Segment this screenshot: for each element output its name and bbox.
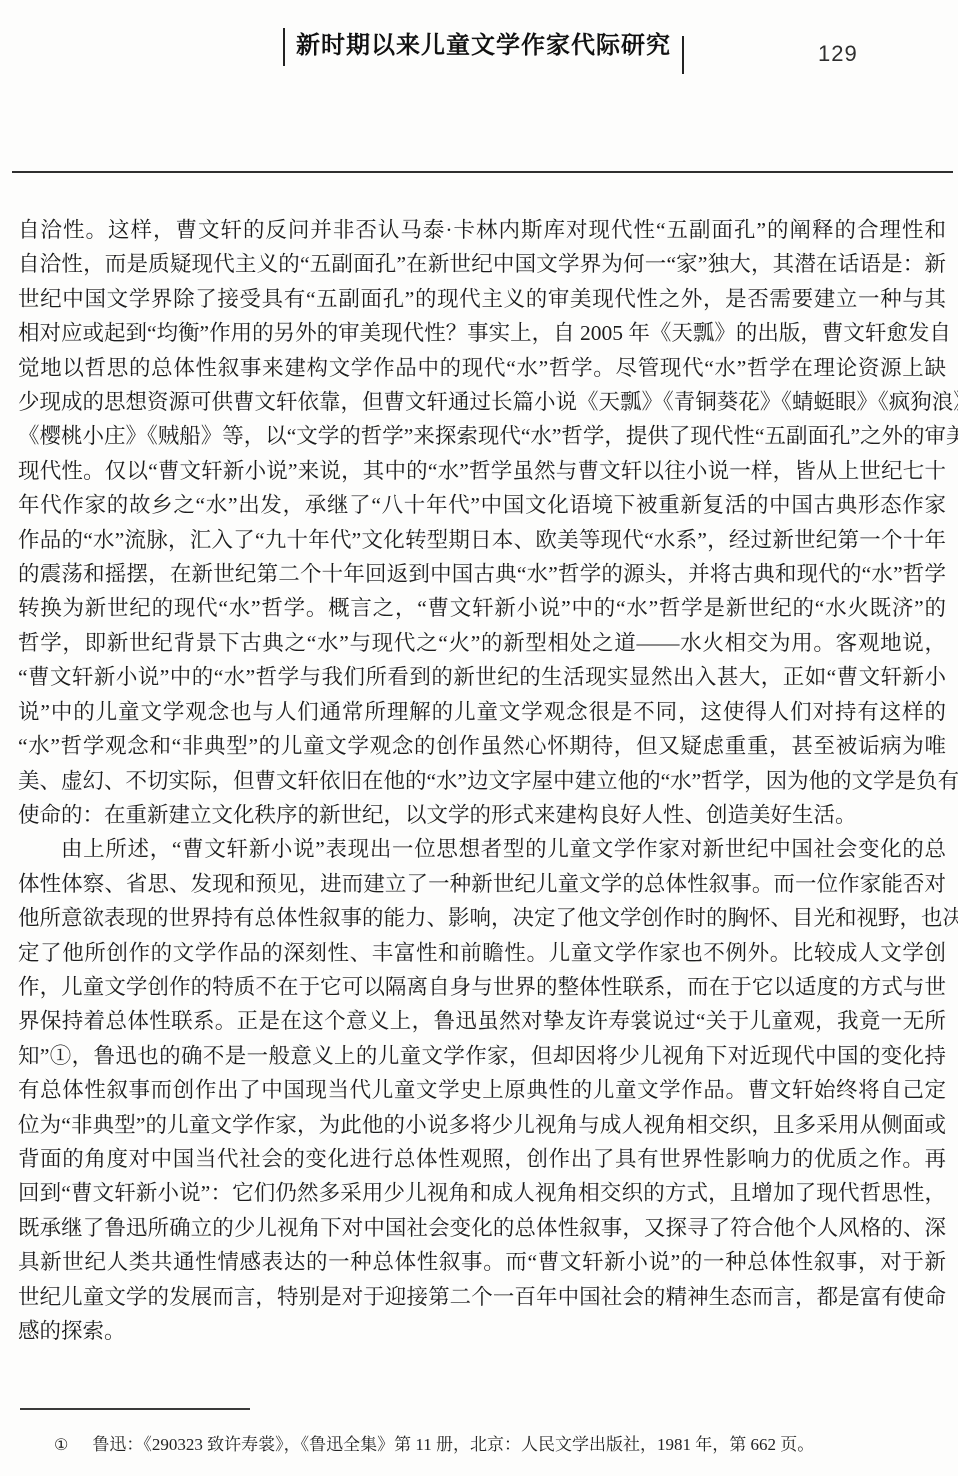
text-line: 自洽性。这样，曹文轩的反问并非否认马泰·卡林内斯库对现代性“五副面孔”的阐释的合…: [18, 213, 946, 247]
text-line: 年代作家的故乡之“水”出发，承继了“八十年代”中国文化语境下被重新复活的中国古典…: [18, 488, 946, 522]
text-line: 世纪中国文学界除了接受具有“五副面孔”的现代主义的审美现代性之外，是否需要建立一…: [18, 282, 946, 316]
text-line: 相对应或起到“均衡”作用的另外的审美现代性？事实上，自 2005 年《天瓢》的出…: [18, 316, 946, 350]
text-line: “水”哲学观念和“非典型”的儿童文学观念的创作虽然心怀期待，但又疑虑重重，甚至被…: [18, 729, 946, 763]
text-line: 自洽性，而是质疑现代主义的“五副面孔”在新世纪中国文学界为何一“家”独大，其潜在…: [18, 247, 946, 281]
text-line: 他所意欲表现的世界持有总体性叙事的能力、影响，决定了他文学创作时的胸怀、目光和视…: [18, 901, 946, 935]
text-line: 少现成的思想资源可供曹文轩依靠，但曹文轩通过长篇小说《天瓢》《青铜葵花》《蜻蜓眼…: [18, 385, 946, 419]
text-line: 作品的“水”流脉，汇入了“九十年代”文化转型期日本、欧美等现代“水系”，经过新世…: [18, 523, 946, 557]
paragraph-1: 自洽性。这样，曹文轩的反问并非否认马泰·卡林内斯库对现代性“五副面孔”的阐释的合…: [18, 213, 946, 832]
title-right-bar: [682, 36, 684, 74]
text-line: “曹文轩新小说”中的“水”哲学与我们所看到的新世纪的生活现实显然出入甚大，正如“…: [18, 660, 946, 694]
article-title: 新时期以来儿童文学作家代际研究: [285, 28, 682, 64]
text-line: 感的探索。: [18, 1314, 946, 1348]
text-line: 体性体察、省思、发现和预见，进而建立了一种新世纪儿童文学的总体性叙事。而一位作家…: [18, 867, 946, 901]
text-line: 有总体性叙事而创作出了中国现当代儿童文学史上原典性的儿童文学作品。曹文轩始终将自…: [18, 1073, 946, 1107]
text-line: 界保持着总体性联系。正是在这个意义上，鲁迅虽然对挚友许寿裳说过“关于儿童观，我竟…: [18, 1004, 946, 1038]
footnote-marker: ①: [54, 1433, 68, 1459]
text-line: 转换为新世纪的现代“水”哲学。概言之，“曹文轩新小说”中的“水”哲学是新世纪的“…: [18, 591, 946, 625]
text-line: 回到“曹文轩新小说”：它们仍然多采用少儿视角和成人视角相交织的方式，且增加了现代…: [18, 1176, 946, 1210]
running-head: 新时期以来儿童文学作家代际研究 129: [0, 28, 958, 78]
running-head-title-group: 新时期以来儿童文学作家代际研究: [283, 28, 684, 74]
text-line: 觉地以哲思的总体性叙事来建构文学作品中的现代“水”哲学。尽管现代“水”哲学在理论…: [18, 351, 946, 385]
text-line: 作，儿童文学创作的特质不在于它可以隔离自身与世界的整体性联系，而在于它以适度的方…: [18, 970, 946, 1004]
text-line: 世纪儿童文学的发展而言，特别是对于迎接第二个一百年中国社会的精神生态而言，都是富…: [18, 1280, 946, 1314]
text-line: 定了他所创作的文学作品的深刻性、丰富性和前瞻性。儿童文学作家也不例外。比较成人文…: [18, 936, 946, 970]
text-line: 具新世纪人类共通性情感表达的一种总体性叙事。而“曹文轩新小说”的一种总体性叙事，…: [18, 1245, 946, 1279]
article-body: 自洽性。这样，曹文轩的反问并非否认马泰·卡林内斯库对现代性“五副面孔”的阐释的合…: [18, 213, 946, 1348]
footnote: ① 鲁迅：《290323 致许寿裳》，《鲁迅全集》第 11 册，北京：人民文学出…: [54, 1432, 934, 1459]
text-line: 由上所述，“曹文轩新小说”表现出一位思想者型的儿童文学作家对新世纪中国社会变化的…: [18, 832, 946, 866]
text-line: 现代性。仅以“曹文轩新小说”来说，其中的“水”哲学虽然与曹文轩以往小说一样，皆从…: [18, 454, 946, 488]
text-line: 使命的：在重新建立文化秩序的新世纪，以文学的形式来建构良好人性、创造美好生活。: [18, 798, 946, 832]
text-line: 背面的角度对中国当代社会的变化进行总体性观照，创作出了具有世界性影响力的优质之作…: [18, 1142, 946, 1176]
text-line: 哲学，即新世纪背景下古典之“水”与现代之“火”的新型相处之道——水火相交为用。客…: [18, 626, 946, 660]
page-number: 129: [818, 41, 858, 67]
paragraph-2: 由上所述，“曹文轩新小说”表现出一位思想者型的儿童文学作家对新世纪中国社会变化的…: [18, 832, 946, 1348]
text-line: 既承继了鲁迅所确立的少儿视角下对中国社会变化的总体性叙事，又探寻了符合他个人风格…: [18, 1211, 946, 1245]
text-line: 美、虚幻、不切实际，但曹文轩依旧在他的“水”边文字屋中建立他的“水”哲学，因为他…: [18, 764, 946, 798]
header-rule: [12, 171, 953, 173]
journal-page: 新时期以来儿童文学作家代际研究 129 自洽性。这样，曹文轩的反问并非否认马泰·…: [0, 0, 958, 1476]
footnote-rule: [20, 1408, 250, 1410]
text-line: 《樱桃小庄》《贼船》等，以“文学的哲学”来探索现代“水”哲学，提供了现代性“五副…: [18, 419, 946, 453]
text-line: 位为“非典型”的儿童文学作家，为此他的小说多将少儿视角与成人视角相交织，且多采用…: [18, 1108, 946, 1142]
text-line: 的震荡和摇摆，在新世纪第二个十年回返到中国古典“水”哲学的源头，并将古典和现代的…: [18, 557, 946, 591]
text-line: 说”中的儿童文学观念也与人们通常所理解的儿童文学观念很是不同，这使得人们对持有这…: [18, 695, 946, 729]
text-line: 知”①，鲁迅也的确不是一般意义上的儿童文学作家，但却因将少儿视角下对近现代中国的…: [18, 1039, 946, 1073]
footnote-text: 鲁迅：《290323 致许寿裳》，《鲁迅全集》第 11 册，北京：人民文学出版社…: [92, 1432, 934, 1458]
